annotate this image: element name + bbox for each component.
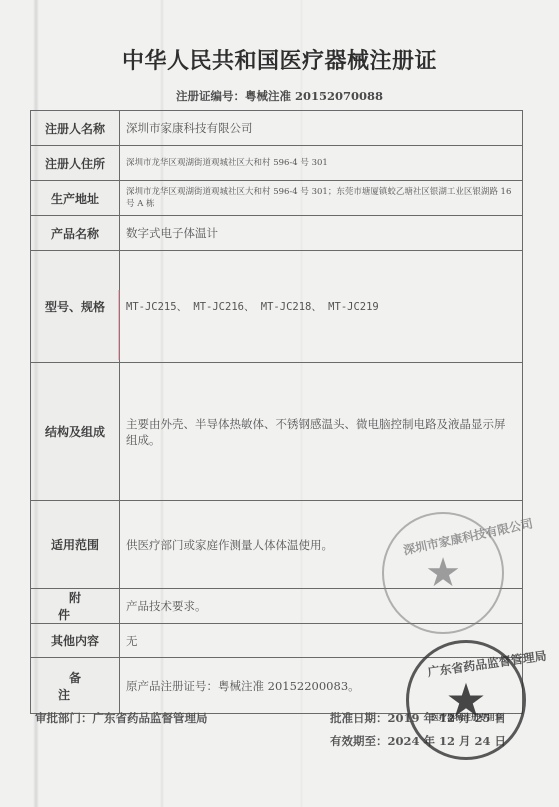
- table-row: 结构及组成 主要由外壳、半导体热敏体、不锈钢感温头、微电脑控制电路及液晶显示屏组…: [31, 363, 523, 501]
- row-value: MT-JC215、 MT-JC216、 MT-JC218、 MT-JC219: [120, 251, 523, 363]
- row-value: 深圳市家康科技有限公司: [120, 111, 523, 146]
- registration-number: 注册证编号：粤械注准 20152070088: [0, 88, 559, 104]
- document-title: 中华人民共和国医疗器械注册证: [0, 44, 559, 75]
- table-row: 型号、规格 MT-JC215、 MT-JC216、 MT-JC218、 MT-J…: [31, 251, 523, 363]
- row-label: 备注: [31, 658, 120, 714]
- table-row: 注册人住所 深圳市龙华区观湖街道观城社区大和村 596-4 号 301: [31, 146, 523, 181]
- valid-until-label: 有效期至：: [330, 734, 388, 748]
- row-value: 深圳市龙华区观湖街道观城社区大和村 596-4 号 301；东莞市塘厦镇蛟乙塘社…: [120, 181, 523, 216]
- approval-date-label: 批准日期：: [330, 711, 388, 725]
- row-value: 数字式电子体温计: [120, 216, 523, 251]
- government-seal-text: 广东省药品监督管理局: [426, 647, 547, 681]
- approval-department: 审批部门：广东省药品监督管理局: [35, 710, 208, 726]
- company-seal: 深圳市家康科技有限公司 ★: [382, 512, 504, 634]
- row-value: 深圳市龙华区观湖街道观城社区大和村 596-4 号 301: [120, 146, 523, 181]
- registration-number-value: 粤械注准 20152070088: [245, 89, 383, 103]
- table-row: 注册人名称 深圳市家康科技有限公司: [31, 111, 523, 146]
- star-icon: ★: [425, 553, 461, 593]
- approval-department-value: 广东省药品监督管理局: [93, 711, 208, 725]
- approval-department-label: 审批部门：: [35, 711, 93, 725]
- row-label: 型号、规格: [31, 251, 120, 363]
- row-value: 主要由外壳、半导体热敏体、不锈钢感温头、微电脑控制电路及液晶显示屏组成。: [120, 363, 523, 501]
- table-row: 产品名称 数字式电子体温计: [31, 216, 523, 251]
- government-seal-subtext: 医疗器械注册专用章: [431, 712, 503, 723]
- ink-mark: [118, 290, 120, 360]
- government-seal: 广东省药品监督管理局 ★ 医疗器械注册专用章: [406, 640, 526, 760]
- row-label: 注册人住所: [31, 146, 120, 181]
- table-row: 生产地址 深圳市龙华区观湖街道观城社区大和村 596-4 号 301；东莞市塘厦…: [31, 181, 523, 216]
- row-label: 其他内容: [31, 624, 120, 658]
- row-label: 附件: [31, 589, 120, 624]
- row-label: 适用范围: [31, 501, 120, 589]
- row-label: 结构及组成: [31, 363, 120, 501]
- row-label: 注册人名称: [31, 111, 120, 146]
- row-label: 生产地址: [31, 181, 120, 216]
- row-label: 产品名称: [31, 216, 120, 251]
- registration-number-label: 注册证编号：: [176, 89, 245, 103]
